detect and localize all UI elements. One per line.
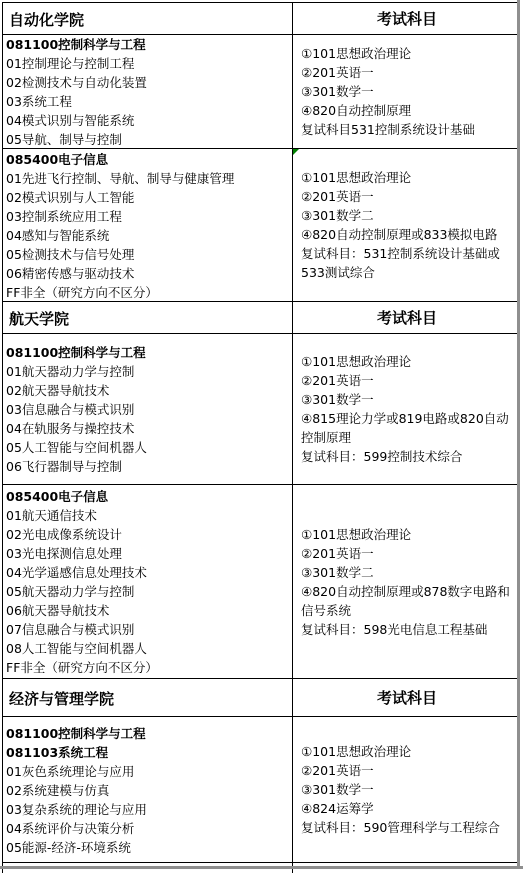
- program-codes: 081100控制科学与工程: [6, 343, 290, 362]
- exam-line: ①101思想政治理论: [301, 44, 513, 63]
- exam-line: ④820自动控制原理: [301, 101, 513, 120]
- exam-lines: ①101思想政治理论②201英语一③301数学一④820自动控制原理复试科目53…: [301, 44, 513, 139]
- direction-line: 04感知与智能系统: [6, 226, 290, 245]
- direction-line: 02系统建模与仿真: [6, 781, 290, 800]
- exam-line: 复试科目：598光电信息工程基础: [301, 620, 513, 639]
- program-code: 085400电子信息: [6, 487, 290, 506]
- direction-line: 03控制系统应用工程: [6, 207, 290, 226]
- program-cell: 085400电子信息 01先进飞行控制、导航、制导与健康管理02模式识别与人工智…: [3, 149, 293, 301]
- direction-line: 03复杂系统的理论与应用: [6, 800, 290, 819]
- exam-cell: ①101思想政治理论②201英语一③301数学一④815理论力学或819电路或8…: [293, 334, 517, 484]
- program-directions: 01航天器动力学与控制02航天器导航技术03信息融合与模式识别04在轨服务与操控…: [6, 362, 290, 476]
- program-cell: 081100控制科学与工程 01航天器动力学与控制02航天器导航技术03信息融合…: [3, 334, 293, 484]
- program-cell: 081100控制科学与工程 01控制理论与控制工程02检测技术与自动化装置03系…: [3, 35, 293, 148]
- direction-line: 02光电成像系统设计: [6, 525, 290, 544]
- exam-line: ③301数学一: [301, 780, 513, 799]
- exam-line: ①101思想政治理论: [301, 742, 513, 761]
- exam-subjects-header: 考试科目: [293, 679, 517, 716]
- section-header-row: 自动化学院 考试科目: [3, 3, 517, 35]
- exam-line: ②201英语一: [301, 187, 513, 206]
- program-row: 081100控制科学与工程 01航天器动力学与控制02航天器导航技术03信息融合…: [3, 334, 517, 485]
- exam-lines: ①101思想政治理论②201英语一③301数学二④820自动控制原理或833模拟…: [301, 168, 513, 282]
- exam-line: ③301数学二: [301, 206, 513, 225]
- direction-line: 04模式识别与智能系统: [6, 111, 290, 130]
- green-corner-marker-icon: [293, 149, 299, 155]
- direction-line: 02模式识别与人工智能: [6, 188, 290, 207]
- exam-line: ①101思想政治理论: [301, 168, 513, 187]
- college-name: 经济与管理学院: [3, 679, 293, 716]
- exam-line: ①101思想政治理论: [301, 352, 513, 371]
- program-directions: 01控制理论与控制工程02检测技术与自动化装置03系统工程04模式识别与智能系统…: [6, 54, 290, 148]
- direction-line: 08人工智能与空间机器人: [6, 639, 290, 658]
- direction-line: 03光电探测信息处理: [6, 544, 290, 563]
- direction-line: 05导航、制导与控制: [6, 130, 290, 148]
- admissions-exam-table: 自动化学院 考试科目 081100控制科学与工程 01控制理论与控制工程02检测…: [2, 2, 517, 873]
- exam-line: 复试科目：531控制系统设计基础或533测试综合: [301, 244, 513, 282]
- program-directions: 01先进飞行控制、导航、制导与健康管理02模式识别与人工智能03控制系统应用工程…: [6, 169, 290, 302]
- program-cell: 085400电子信息 01航天通信技术02光电成像系统设计03光电探测信息处理0…: [3, 485, 293, 678]
- direction-line: FF非全（研究方向不区分）: [6, 283, 290, 302]
- exam-line: ②201英语一: [301, 761, 513, 780]
- direction-line: 06飞行器制导与控制: [6, 457, 290, 476]
- exam-line: ④824运筹学: [301, 799, 513, 818]
- exam-line: ②201英语一: [301, 544, 513, 563]
- direction-line: 05人工智能与空间机器人: [6, 438, 290, 457]
- direction-line: 06精密传感与驱动技术: [6, 264, 290, 283]
- direction-line: 01先进飞行控制、导航、制导与健康管理: [6, 169, 290, 188]
- direction-line: 02检测技术与自动化装置: [6, 73, 290, 92]
- program-codes: 081100控制科学与工程: [6, 35, 290, 54]
- exam-line: ③301数学一: [301, 390, 513, 409]
- program-row: 085400电子信息 01航天通信技术02光电成像系统设计03光电探测信息处理0…: [3, 485, 517, 679]
- exam-cell: ①101思想政治理论②201英语一③301数学一④820自动控制原理复试科目53…: [293, 35, 517, 148]
- exam-lines: ①101思想政治理论②201英语一③301数学二④820自动控制原理或878数字…: [301, 525, 513, 639]
- window-bottom-edge: [0, 866, 523, 869]
- exam-line: 复试科目531控制系统设计基础: [301, 120, 513, 139]
- direction-line: 05能源-经济-环境系统: [6, 838, 290, 857]
- direction-line: FF非全（研究方向不区分）: [6, 658, 290, 677]
- exam-line: ②201英语一: [301, 371, 513, 390]
- exam-line: ②201英语一: [301, 63, 513, 82]
- exam-subjects-header: 考试科目: [293, 3, 517, 34]
- exam-lines: ①101思想政治理论②201英语一③301数学一④815理论力学或819电路或8…: [301, 352, 513, 466]
- exam-line: ①101思想政治理论: [301, 525, 513, 544]
- program-row: 081100控制科学与工程 01控制理论与控制工程02检测技术与自动化装置03系…: [3, 35, 517, 149]
- direction-line: 01航天通信技术: [6, 506, 290, 525]
- program-codes: 081100控制科学与工程081103系统工程: [6, 724, 290, 762]
- direction-line: 04光学遥感信息处理技术: [6, 563, 290, 582]
- exam-cell: ①101思想政治理论②201英语一③301数学一④824运筹学复试科目：590管…: [293, 717, 517, 862]
- window-right-edge: [517, 0, 520, 869]
- exam-lines: ①101思想政治理论②201英语一③301数学一④824运筹学复试科目：590管…: [301, 742, 513, 837]
- program-code: 081100控制科学与工程: [6, 35, 290, 54]
- direction-line: 03系统工程: [6, 92, 290, 111]
- direction-line: 07信息融合与模式识别: [6, 620, 290, 639]
- exam-cell: ①101思想政治理论②201英语一③301数学二④820自动控制原理或878数字…: [293, 485, 517, 678]
- program-code: 085400电子信息: [6, 150, 290, 169]
- section-header-row: 经济与管理学院 考试科目: [3, 679, 517, 717]
- college-name: 自动化学院: [3, 3, 293, 34]
- program-code: 081103系统工程: [6, 743, 290, 762]
- program-code: 081100控制科学与工程: [6, 343, 290, 362]
- exam-cell: ①101思想政治理论②201英语一③301数学二④820自动控制原理或833模拟…: [293, 149, 517, 301]
- direction-line: 04在轨服务与操控技术: [6, 419, 290, 438]
- program-row: 081100控制科学与工程081103系统工程 01灰色系统理论与应用02系统建…: [3, 717, 517, 863]
- program-row: 085400电子信息 01先进飞行控制、导航、制导与健康管理02模式识别与人工智…: [3, 149, 517, 302]
- direction-line: 01灰色系统理论与应用: [6, 762, 290, 781]
- exam-line: ④820自动控制原理或833模拟电路: [301, 225, 513, 244]
- direction-line: 04系统评价与决策分析: [6, 819, 290, 838]
- exam-line: ③301数学一: [301, 82, 513, 101]
- direction-line: 05航天器动力学与控制: [6, 582, 290, 601]
- exam-line: ④815理论力学或819电路或820自动控制原理: [301, 409, 513, 447]
- exam-line: 复试科目：590管理科学与工程综合: [301, 818, 513, 837]
- program-code: 081100控制科学与工程: [6, 724, 290, 743]
- program-cell: 081100控制科学与工程081103系统工程 01灰色系统理论与应用02系统建…: [3, 717, 293, 862]
- program-codes: 085400电子信息: [6, 487, 290, 506]
- direction-line: 06航天器导航技术: [6, 601, 290, 620]
- program-directions: 01灰色系统理论与应用02系统建模与仿真03复杂系统的理论与应用04系统评价与决…: [6, 762, 290, 857]
- exam-line: ③301数学二: [301, 563, 513, 582]
- exam-subjects-header: 考试科目: [293, 302, 517, 333]
- exam-line: 复试科目：599控制技术综合: [301, 447, 513, 466]
- section-header-row: 航天学院 考试科目: [3, 302, 517, 334]
- direction-line: 03信息融合与模式识别: [6, 400, 290, 419]
- college-name: 航天学院: [3, 302, 293, 333]
- direction-line: 01控制理论与控制工程: [6, 54, 290, 73]
- program-directions: 01航天通信技术02光电成像系统设计03光电探测信息处理04光学遥感信息处理技术…: [6, 506, 290, 677]
- direction-line: 02航天器导航技术: [6, 381, 290, 400]
- program-codes: 085400电子信息: [6, 150, 290, 169]
- exam-line: ④820自动控制原理或878数字电路和信号系统: [301, 582, 513, 620]
- direction-line: 01航天器动力学与控制: [6, 362, 290, 381]
- direction-line: 05检测技术与信号处理: [6, 245, 290, 264]
